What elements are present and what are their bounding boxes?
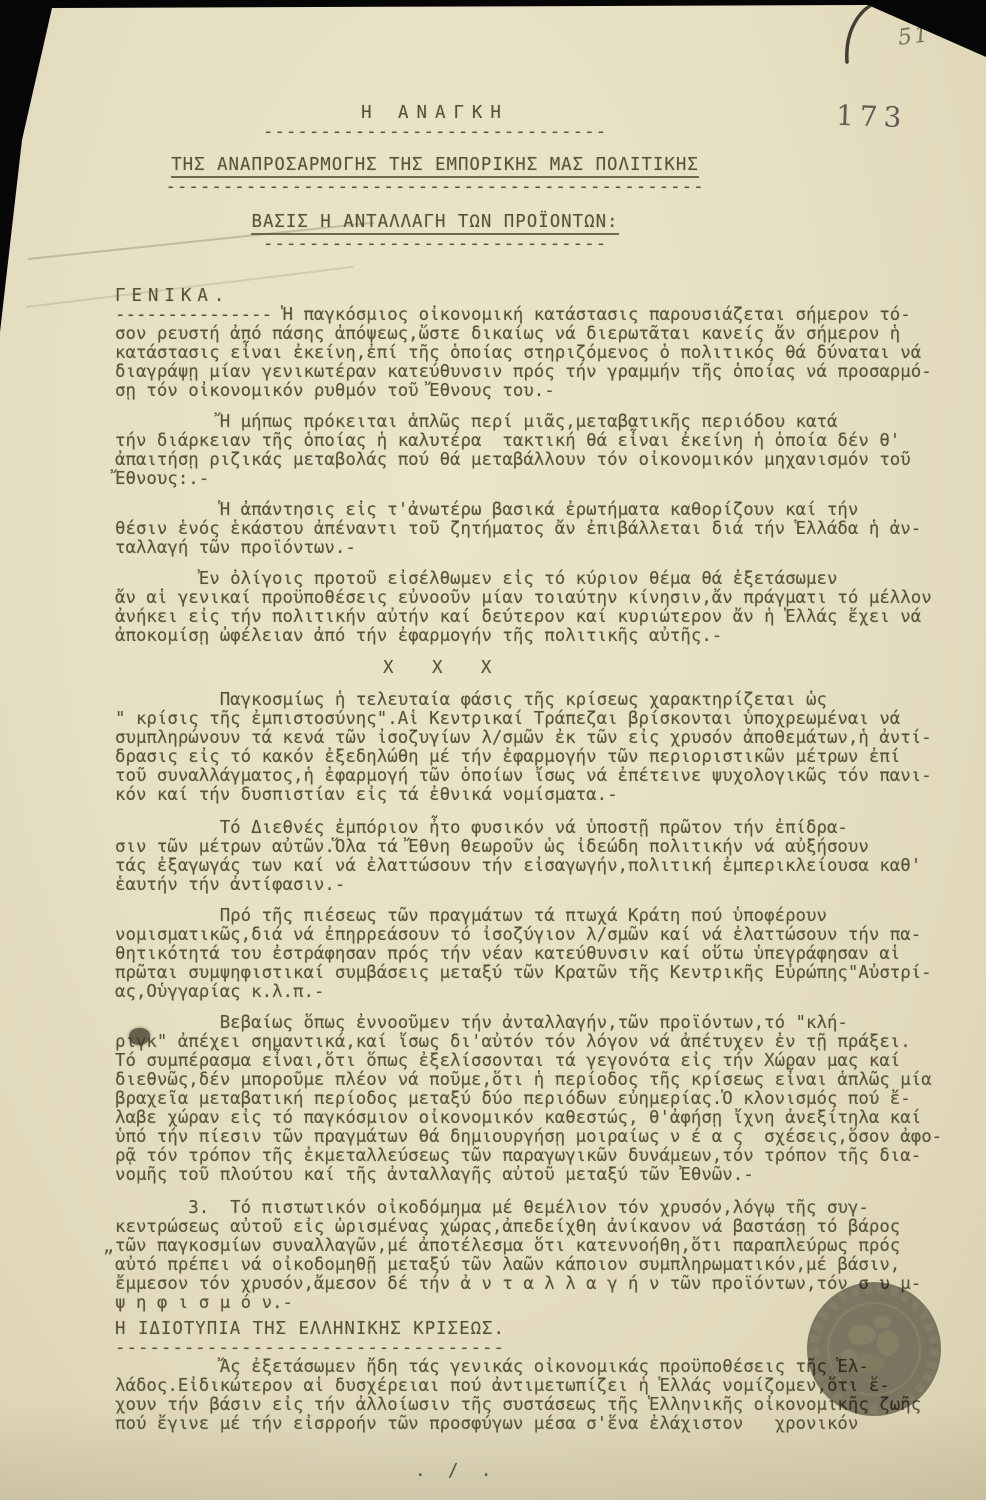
margin-quote-mark: „ <box>103 1236 114 1257</box>
document-subject: ΒΑΣΙΣ Η ΑΝΤΑΛΛΑΓΗ ΤΩΝ ΠΡΟΪΟΝΤΩΝ: <box>251 213 618 235</box>
page-continuation-mark: . / . <box>415 1462 960 1481</box>
paragraph: Ἤ μήπως πρόκειται ἁπλῶς περί μιᾶς,μεταβα… <box>115 413 960 489</box>
paragraph: Πρό τῆς πιέσεως τῶν πραγμάτων τά πτωχά Κ… <box>115 907 960 1002</box>
subtitle-dash-rule: ----------------------------------------… <box>115 178 755 197</box>
document-page: 51 173 Η ΑΝΑΓΚΗ ------------------------… <box>0 0 986 1500</box>
document-header: Η ΑΝΑΓΚΗ ------------------------------ … <box>115 104 755 254</box>
subject-dash-rule: ------------------------------ <box>115 235 755 254</box>
paragraph: Παγκοσμίως ἡ τελευταία φάσις τῆς κρίσεως… <box>115 691 960 805</box>
document-title: Η ΑΝΑΓΚΗ <box>115 104 755 123</box>
paragraph: Ἡ ἀπάντησις εἰς τ'ἀνωτέρω βασικά ἐρωτήμα… <box>115 501 960 558</box>
paragraph: Τό Διεθνές ἐμπόριον ἦτο φυσικόν νά ὑποστ… <box>115 819 960 895</box>
title-dash-rule: ------------------------------ <box>115 123 755 142</box>
document-subtitle: ΤΗΣ ΑΝΑΠΡΟΣΑΡΜΟΓΗΣ ΤΗΣ ΕΜΠΟΡΙΚΗΣ ΜΑΣ ΠΟΛ… <box>171 156 699 178</box>
paragraph: --------------- Ἡ παγκόσμιος οἰκονομική … <box>115 306 960 401</box>
round-archive-stamp-icon <box>802 1277 946 1421</box>
section-divider-xxx: Χ Χ Χ <box>383 659 960 678</box>
paragraph: Ἐν ὀλίγοις προτοῦ εἰσέλθωμεν εἰς τό κύρι… <box>115 570 960 646</box>
paragraph: Βεβαίως ὅπως ἐννοοῦμεν τήν ἀνταλλαγήν,τῶ… <box>115 1014 960 1185</box>
section-heading-generals: ΓΕΝΙΚΑ. <box>115 287 960 306</box>
typewritten-text-block: Η ΑΝΑΓΚΗ ------------------------------ … <box>115 0 960 1481</box>
